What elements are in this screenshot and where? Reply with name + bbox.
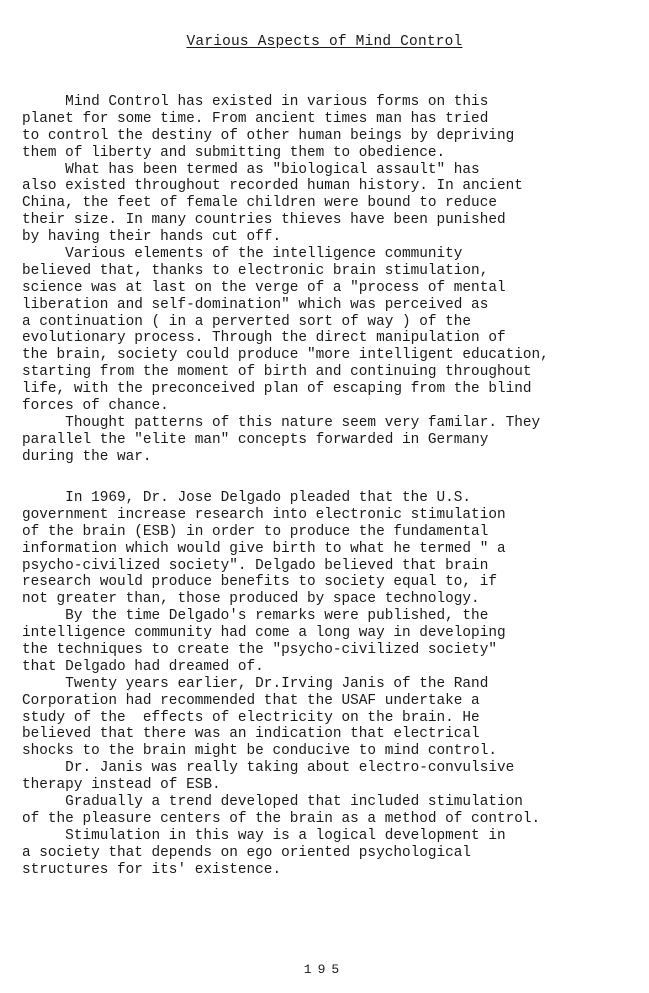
text-line: of the brain (ESB) in order to produce t… <box>22 524 540 541</box>
text-line: Various elements of the intelligence com… <box>22 246 549 263</box>
text-line: study of the effects of electricity on t… <box>22 710 540 727</box>
text-line: structures for its' existence. <box>22 862 540 879</box>
text-line: believed that, thanks to electronic brai… <box>22 263 549 280</box>
text-line: Thought patterns of this nature seem ver… <box>22 415 549 432</box>
text-line: by having their hands cut off. <box>22 229 549 246</box>
text-line: them of liberty and submitting them to o… <box>22 145 549 162</box>
text-line: forces of chance. <box>22 398 549 415</box>
text-line: Gradually a trend developed that include… <box>22 794 540 811</box>
text-line: What has been termed as "biological assa… <box>22 162 549 179</box>
text-line: believed that there was an indication th… <box>22 726 540 743</box>
text-line: a continuation ( in a perverted sort of … <box>22 314 549 331</box>
text-line: Stimulation in this way is a logical dev… <box>22 828 540 845</box>
section-1-text: Mind Control has existed in various form… <box>22 94 549 466</box>
text-line: evolutionary process. Through the direct… <box>22 330 549 347</box>
text-line: starting from the moment of birth and co… <box>22 364 549 381</box>
text-line: In 1969, Dr. Jose Delgado pleaded that t… <box>22 490 540 507</box>
text-line: By the time Delgado's remarks were publi… <box>22 608 540 625</box>
text-line: government increase research into electr… <box>22 507 540 524</box>
text-line: science was at last on the verge of a "p… <box>22 280 549 297</box>
page-number: 195 <box>0 962 649 977</box>
text-line: Dr. Janis was really taking about electr… <box>22 760 540 777</box>
text-line: to control the destiny of other human be… <box>22 128 549 145</box>
text-line: the techniques to create the "psycho-civ… <box>22 642 540 659</box>
text-line: of the pleasure centers of the brain as … <box>22 811 540 828</box>
text-line: life, with the preconceived plan of esca… <box>22 381 549 398</box>
text-line: shocks to the brain might be conducive t… <box>22 743 540 760</box>
text-line: liberation and self-domination" which wa… <box>22 297 549 314</box>
text-line: planet for some time. From ancient times… <box>22 111 549 128</box>
text-line: during the war. <box>22 449 549 466</box>
text-line: Twenty years earlier, Dr.Irving Janis of… <box>22 676 540 693</box>
section-2-text: In 1969, Dr. Jose Delgado pleaded that t… <box>22 490 540 878</box>
text-line: therapy instead of ESB. <box>22 777 540 794</box>
text-line: that Delgado had dreamed of. <box>22 659 540 676</box>
text-line: the brain, society could produce "more i… <box>22 347 549 364</box>
text-line: also existed throughout recorded human h… <box>22 178 549 195</box>
text-line: Mind Control has existed in various form… <box>22 94 549 111</box>
document-title: Various Aspects of Mind Control <box>0 34 649 50</box>
text-line: Corporation had recommended that the USA… <box>22 693 540 710</box>
text-line: information which would give birth to wh… <box>22 541 540 558</box>
text-line: psycho-civilized society". Delgado belie… <box>22 558 540 575</box>
text-line: China, the feet of female children were … <box>22 195 549 212</box>
text-line: a society that depends on ego oriented p… <box>22 845 540 862</box>
text-line: not greater than, those produced by spac… <box>22 591 540 608</box>
text-line: parallel the "elite man" concepts forwar… <box>22 432 549 449</box>
document-title-text: Various Aspects of Mind Control <box>187 34 463 50</box>
text-line: their size. In many countries thieves ha… <box>22 212 549 229</box>
text-line: research would produce benefits to socie… <box>22 574 540 591</box>
text-line: intelligence community had come a long w… <box>22 625 540 642</box>
